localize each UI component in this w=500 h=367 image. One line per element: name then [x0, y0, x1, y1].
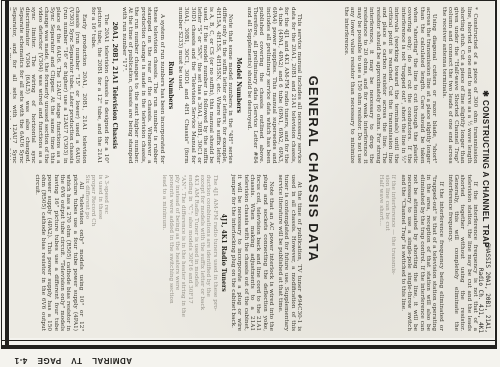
tuner-fragment-3: except for models with the suffix letter…: [199, 175, 205, 332]
page-border-top-rule: [1, 0, 497, 1]
general-right-column: At the time of publication, TV tuner #94…: [10, 175, 302, 332]
trap-right-para-1: If the interference frequency is not tha…: [447, 175, 478, 332]
trap-right-column: If the interference frequency is not tha…: [328, 175, 478, 332]
record-fragment-2: is used in these: [96, 175, 102, 332]
general-section-columns: This service manual includes all necessa…: [10, 0, 302, 338]
general-left-para-2: Note that some model numbers in the "4H"…: [177, 7, 234, 164]
trap-right-fragment-3: Half wave short…: [378, 175, 384, 332]
running-header-line2: Radio Ch. 4J1, 4K1: [477, 243, 484, 333]
general-left-para-5: Early production 20A1, 20B1, 21A1 televi…: [10, 7, 87, 164]
scanned-manual-screenshot: CHASSIS 20A1, 20B1, 21A1, Radio Ch. 4J1,…: [0, 0, 500, 367]
page-border-right-rule: [495, 0, 497, 346]
running-header-line1: CHASSIS 20A1, 20B1, 21A1,: [484, 243, 491, 333]
subheading-run-numbers: Run Numbers: [167, 7, 174, 164]
general-right-para-5: All "television only" models using 10" o…: [34, 175, 84, 332]
tuner-fragment-5: ending in "C"; also models 30F16 and 30F…: [186, 175, 192, 332]
page-border-bottom-thick-rule: [1, 345, 497, 349]
section-heading-general-chassis-data: GENERAL CHASSIS DATA: [306, 0, 321, 338]
page-border-left-thick-rule: [5, 0, 9, 349]
trap-right-fragment-1: If the interference — the transmis-: [390, 175, 396, 332]
page-border-left-thin-rule: [1, 0, 2, 349]
scanned-page: CHASSIS 20A1, 20B1, 21A1, Radio Ch. 4J1,…: [10, 0, 494, 338]
tuner-fragment-6: "AN". The difference is in the heater st…: [180, 175, 186, 332]
general-right-para-1: At the time of publication, TV tuner #94…: [277, 175, 302, 332]
general-left-para-3: A system of run numbers has been incorpo…: [121, 7, 165, 164]
general-left-para-4: The 20A1 television chassis is designed …: [90, 7, 109, 164]
faded-scan-area: [111, 175, 161, 332]
page-running-header: CHASSIS 20A1, 20B1, 21A1, Radio Ch. 4J1,…: [477, 243, 491, 333]
trap-left-column: * Constructed of a piece of 300 ohm tran…: [328, 7, 478, 164]
subheading-model-numbers: Model Numbers: [235, 7, 242, 164]
tuner-fragment-4: 4K1 AM Radio Tuner is used in models: [193, 175, 199, 332]
page-edge-label: ADMIRAL TV PAGE 4-1: [4, 352, 132, 365]
general-left-para-1: This service manual includes all necessa…: [245, 7, 302, 164]
record-fragment-3: proper Record Ch: [90, 175, 96, 332]
power-supplies-fragment: Six different po: [84, 175, 90, 332]
record-fragment-1: A 3-speed rec: [103, 175, 109, 332]
page-border-bottom-thin-rule: [1, 340, 497, 341]
subheading-radio-tuners: 4J1, 4K1 Radio Tuners: [220, 175, 227, 332]
subheading-television-chassis: 20A1, 20B1, 21A1 Television Chassis: [111, 7, 118, 164]
record-changer-fragments: A 3-speed rec is used in these proper Re…: [90, 175, 109, 332]
general-right-para-2: Note that an AC power interlock is wired…: [230, 175, 274, 332]
trap-section-columns: * Constructed of a piece of 300 ohm tran…: [328, 0, 478, 338]
tuner-fragment-1: The 4J1 AM-FM radio tuners used in these…: [211, 175, 217, 332]
trap-footnote-para: * Constructed of a piece of 300 ohm tran…: [440, 7, 478, 164]
trap-right-para-2: If the interference frequency being elim…: [399, 175, 443, 332]
trap-left-para-2: Using diagonal cutters or razor blade, "…: [343, 7, 437, 164]
tuner-fragment-8: ponents were added in the switching sect…: [167, 175, 173, 332]
general-left-column: This service manual includes all necessa…: [10, 7, 302, 164]
